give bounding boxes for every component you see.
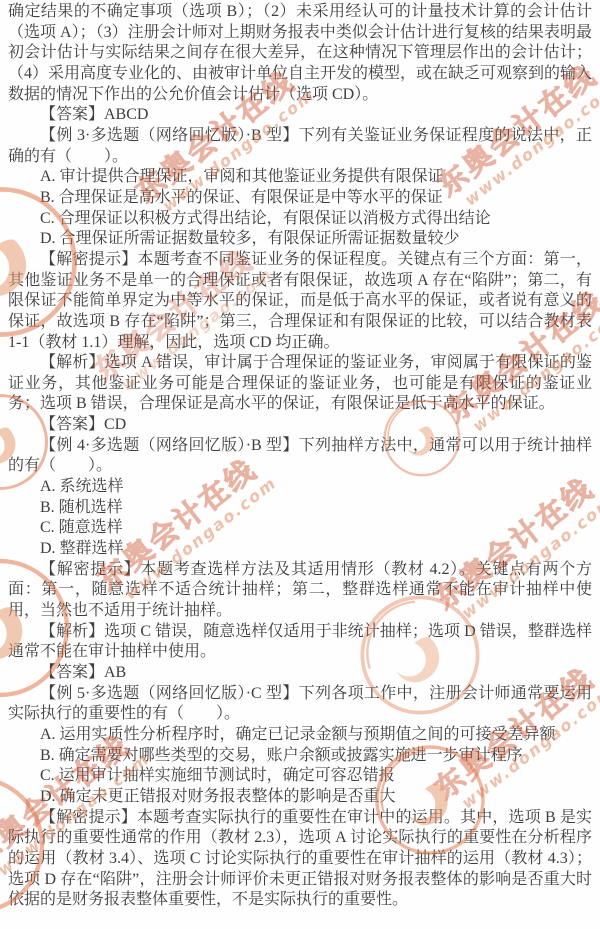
paragraph-answer: 【答案】ABCD xyxy=(8,105,592,126)
paragraph-question: 【例 4·多选题（网络回忆版）·B 型】下列抽样方法中，通常可以用于统计抽样的有… xyxy=(8,436,592,477)
paragraph-question: 【例 3·多选题（网络回忆版）·B 型】下列有关鉴证业务保证程度的说法中，正确的… xyxy=(8,126,592,167)
paragraph-option: D. 确定未更正错报对财务报表整体的影响是否重大 xyxy=(8,787,592,808)
paragraph-option: B. 合理保证是高水平的保证、有限保证是中等水平的保证 xyxy=(8,188,592,209)
scanned-document-page: 确定结果的不确定事项（选项 B）；（2）未采用经认可的计量技术计算的会计估计（选… xyxy=(0,0,600,929)
paragraph-option: D. 整群选样 xyxy=(8,539,592,560)
paragraph-body: 确定结果的不确定事项（选项 B）；（2）未采用经认可的计量技术计算的会计估计（选… xyxy=(8,2,592,105)
paragraph-option: D. 合理保证所需证据数量较多，有限保证所需证据数量较少 xyxy=(8,229,592,250)
paragraph-option: B. 确定需要对哪些类型的交易，账户余额或披露实施进一步审计程序 xyxy=(8,746,592,767)
paragraph-tip: 【解密提示】本题考查不同鉴证业务的保证程度。关键点有三个方面：第一，其他鉴证业务… xyxy=(8,250,592,353)
paragraph-tip: 【解密提示】本题考查选样方法及其适用情形（教材 4.2）。关键点有两个方面：第一… xyxy=(8,560,592,622)
paragraph-analysis: 【解析】选项 A 错误，审计属于合理保证的鉴证业务，审阅属于有限保证的鉴证业务，… xyxy=(8,353,592,415)
paragraph-option: A. 系统选样 xyxy=(8,477,592,498)
paragraph-option: C. 合理保证以积极方式得出结论，有限保证以消极方式得出结论 xyxy=(8,209,592,230)
paragraph-option: C. 运用审计抽样实施细节测试时，确定可容忍错报 xyxy=(8,766,592,787)
paragraph-question: 【例 5·多选题（网络回忆版）·C 型】下列各项工作中，注册会计师通常要运用实际… xyxy=(8,684,592,725)
document-body: 确定结果的不确定事项（选项 B）；（2）未采用经认可的计量技术计算的会计估计（选… xyxy=(0,0,600,929)
paragraph-answer: 【答案】AB xyxy=(8,663,592,684)
paragraph-analysis: 【解析】选项 C 错误，随意选样仅适用于非统计抽样；选项 D 错误，整群选样通常… xyxy=(8,622,592,663)
paragraph-option: C. 随意选样 xyxy=(8,518,592,539)
paragraph-option: A. 运用实质性分析程序时，确定已记录金额与预期值之间的可接受差异额 xyxy=(8,725,592,746)
paragraph-tip: 【解密提示】本题考查实际执行的重要性在审计中的运用。其中，选项 B 是实际执行的… xyxy=(8,808,592,911)
paragraph-option: B. 随机选样 xyxy=(8,498,592,519)
paragraph-option: A. 审计提供合理保证，审阅和其他鉴证业务提供有限保证 xyxy=(8,167,592,188)
paragraph-answer: 【答案】CD xyxy=(8,415,592,436)
